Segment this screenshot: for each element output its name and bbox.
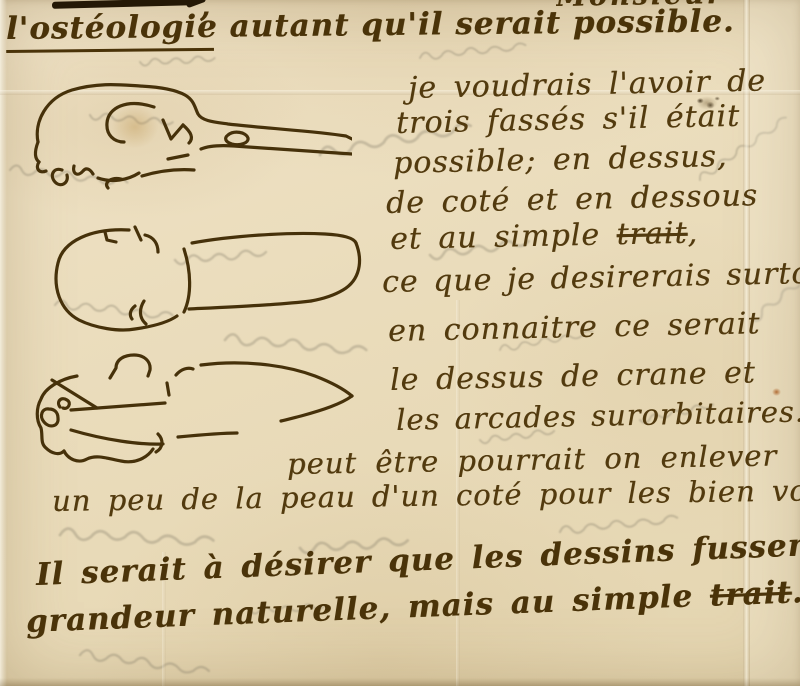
manuscript-page: , Monsieur l'ostéologie autant qu'il ser… (0, 0, 800, 686)
line-osteologie: l'ostéologie autant qu'il serait possibl… (6, 6, 735, 45)
skull-side-view-strokes (36, 85, 353, 188)
column-line-5: et au simple trait, (390, 219, 699, 255)
skull-side-view-sketch (22, 78, 352, 206)
column-line-8: le dessus de crane et (390, 358, 756, 396)
struck-word-trait-2: trait (709, 575, 792, 614)
column-line-9: les arcades surorbitaires. (396, 397, 800, 435)
column-line-6: ce que je desirerais surtout (382, 258, 800, 298)
skull-top-view-sketch (25, 213, 365, 341)
column-line-5-post: , (687, 216, 698, 251)
closing-line-2-post: . (791, 574, 800, 610)
skull-top-view-strokes (56, 227, 359, 330)
column-line-7: en connaitre ce serait (388, 309, 761, 347)
column-line-2: trois fassés s'il était (396, 102, 741, 139)
underlined-word-osteologie: l'ostéologie (6, 9, 218, 53)
mid-line-1: peut être pourrait on enlever (287, 441, 778, 479)
line1-rest: autant qu'il serait possible. (218, 3, 735, 44)
column-line-3: possible; en dessus, (393, 142, 728, 179)
column-line-5-pre: et au simple (390, 217, 617, 257)
column-line-4: de coté et en dessous (386, 181, 759, 219)
struck-word-trait: trait (616, 216, 688, 252)
